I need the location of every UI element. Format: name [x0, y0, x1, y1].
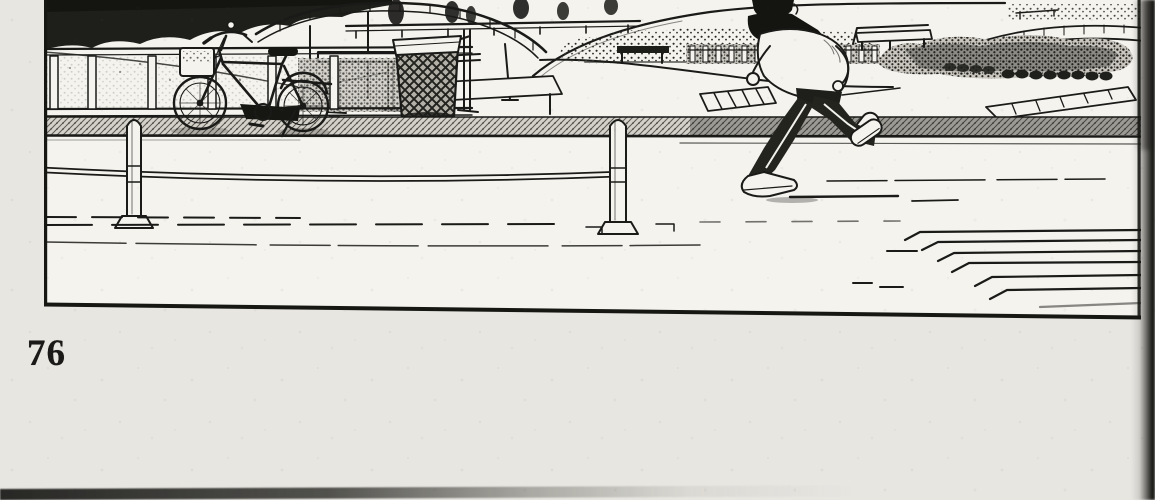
paper-grain — [0, 0, 1155, 500]
manga-panel-art — [0, 0, 1155, 500]
scanned-manga-page: 76 — [0, 0, 1155, 500]
page-number: 76 — [27, 332, 66, 375]
book-spine-shadow — [1131, 0, 1155, 500]
